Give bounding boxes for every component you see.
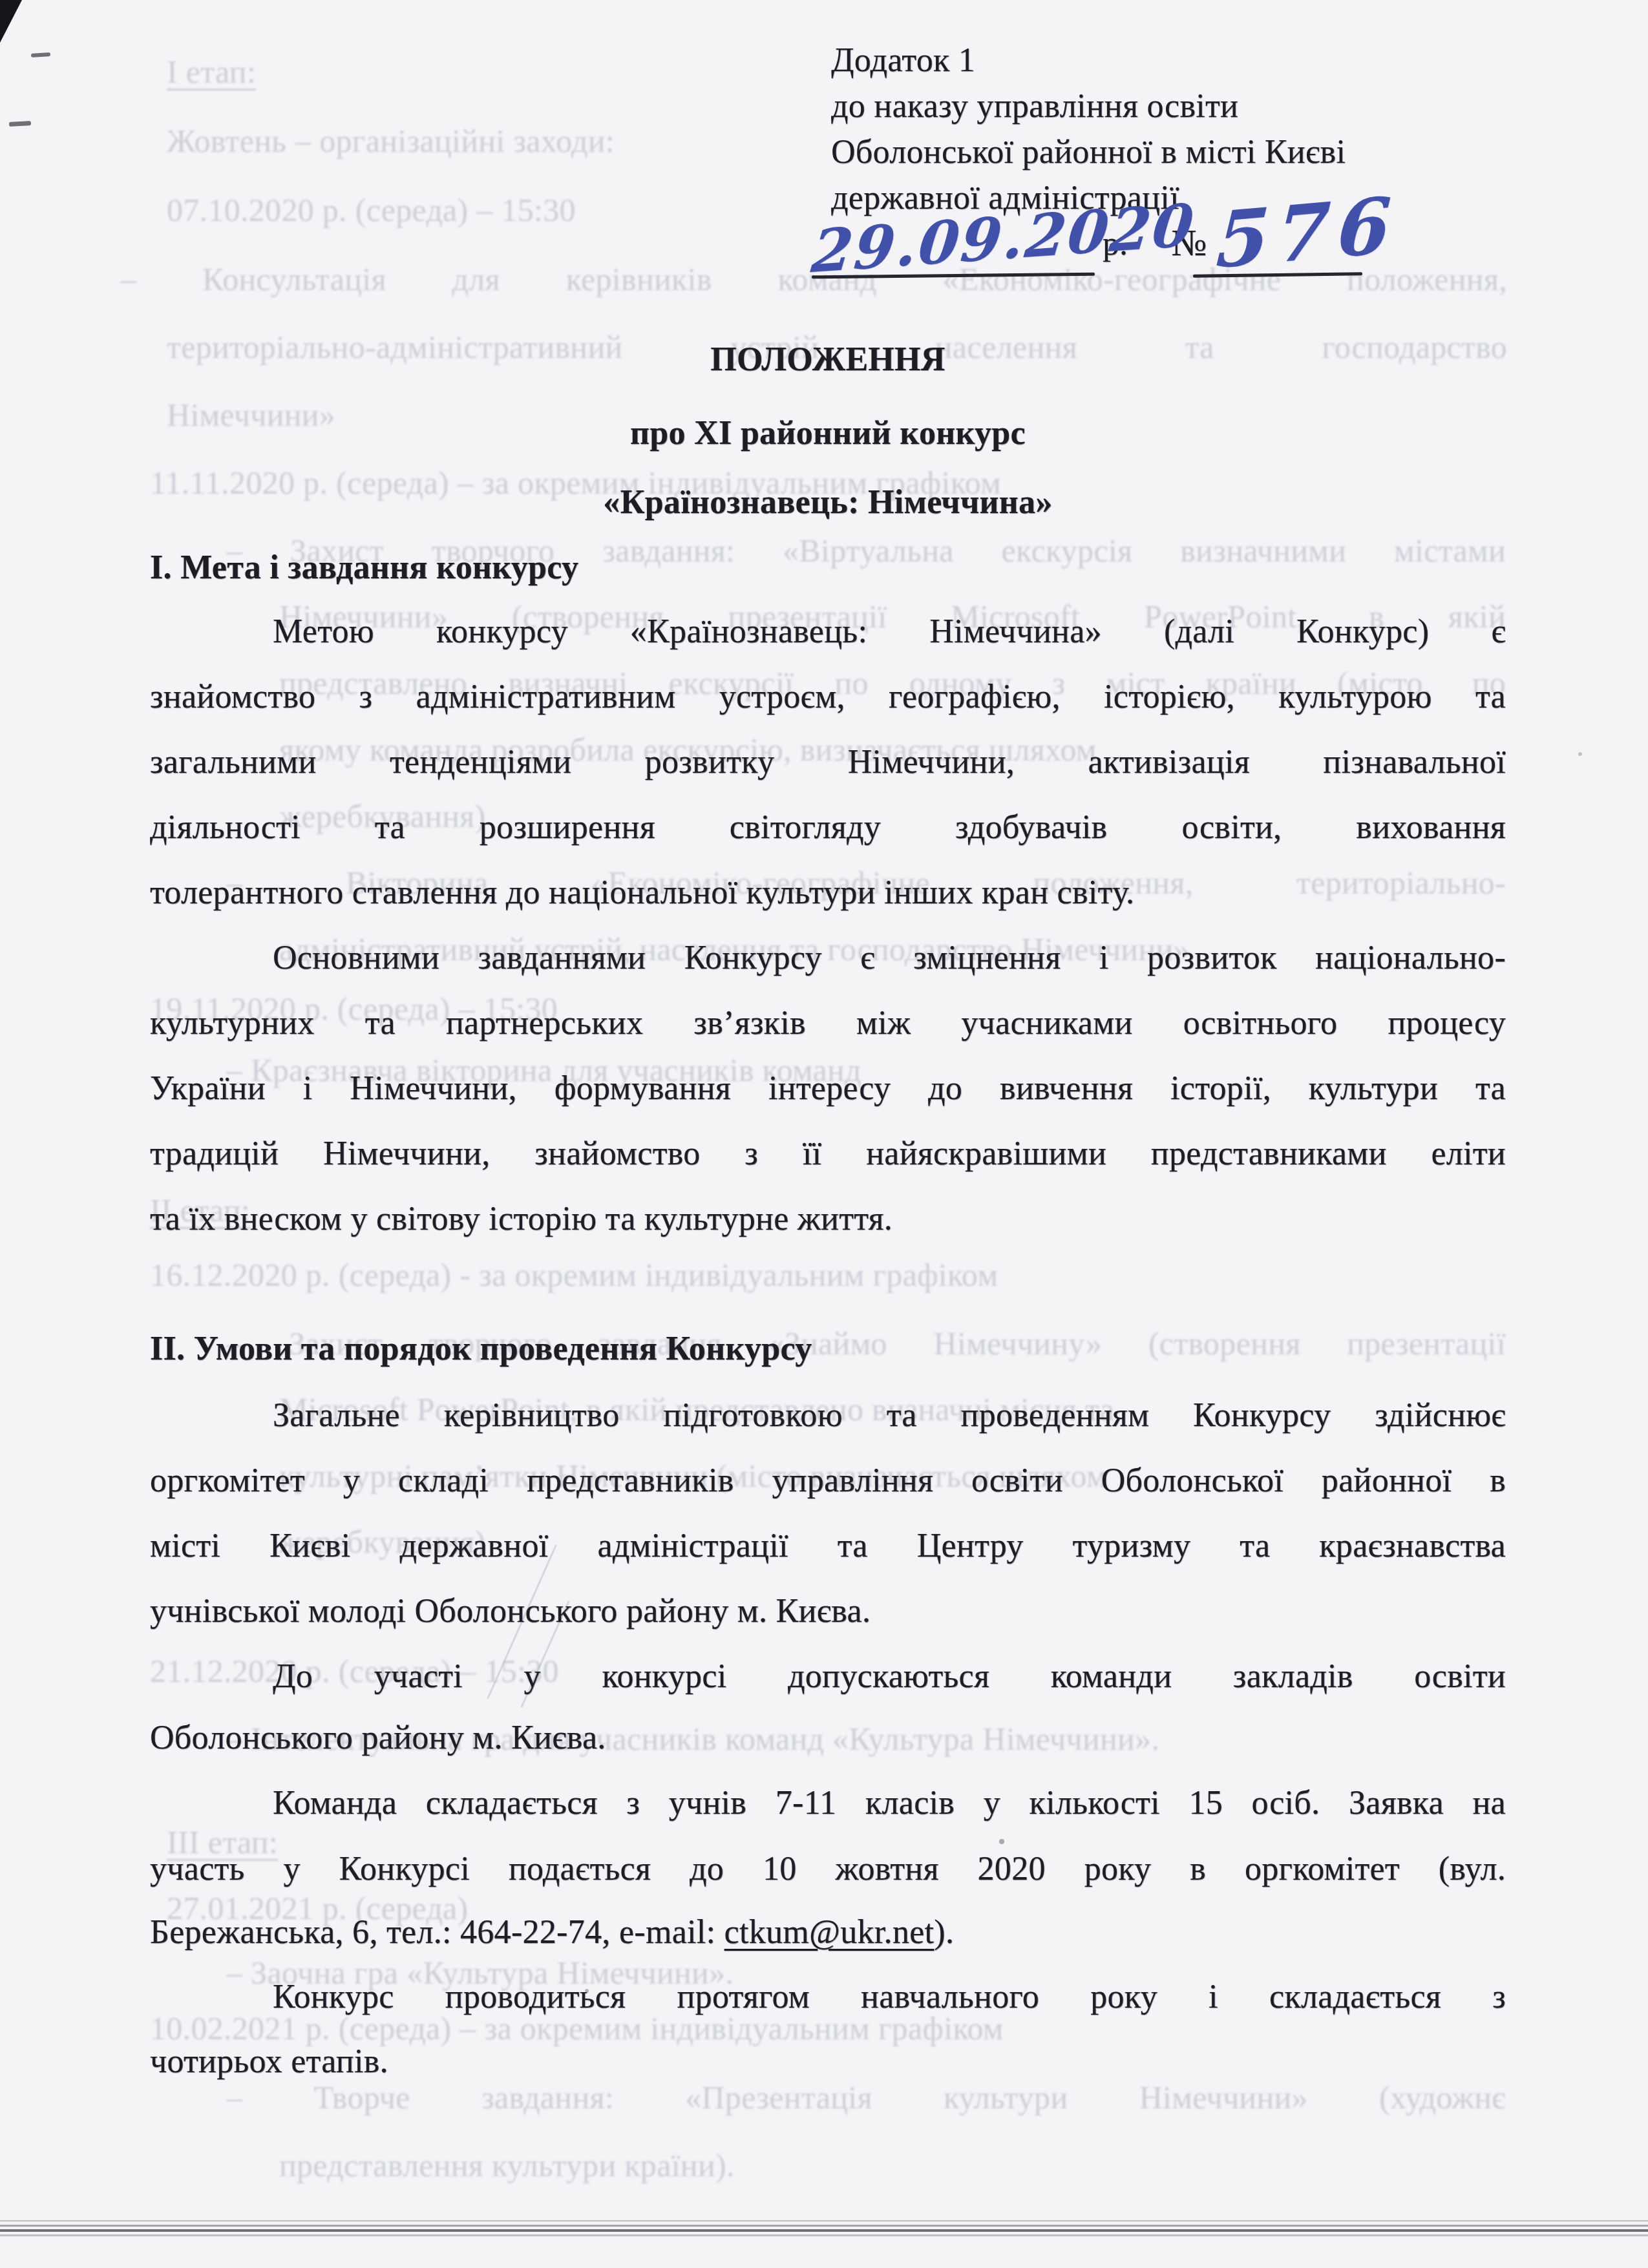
scanner-line	[0, 2234, 1648, 2236]
document-line: Загальне керівництво підготовкою та пров…	[150, 1389, 1506, 1446]
scanner-band	[0, 2219, 1648, 2268]
title-line: ПОЛОЖЕННЯ	[150, 333, 1506, 390]
scan-corner-artifact	[0, 0, 22, 43]
section-heading: ІІ. Умови та порядок проведення Конкурсу	[150, 1323, 1506, 1380]
scanned-page: Додаток 1 до наказу управління освіти Об…	[0, 0, 1648, 2268]
annex-line: Додаток 1	[831, 37, 1568, 83]
section-heading: І. Мета і завдання конкурсу	[150, 541, 1506, 598]
handwritten-number: 576	[1214, 179, 1401, 286]
document-line: знайомство з адміністративним устроєм, г…	[150, 671, 1506, 728]
annex-line: Оболонської районної в місті Києві	[831, 129, 1568, 175]
document-line: загальними тенденціями розвитку Німеччин…	[150, 736, 1506, 793]
document-line: місті Києві державної адміністрації та Ц…	[150, 1520, 1506, 1577]
document-line: діяльності та розширення світогляду здоб…	[150, 801, 1506, 858]
annex-line: до наказу управління освіти	[831, 83, 1568, 129]
document-line: культурних та партнерських зв’язків між …	[150, 997, 1506, 1054]
ghost-line: представлення культури країни).	[279, 2139, 1635, 2196]
document-line: традицій Німеччини, знайомство з її найя…	[150, 1128, 1506, 1184]
title-line: «Країнознавець: Німеччина»	[150, 476, 1506, 533]
scan-speck	[1578, 752, 1582, 756]
margin-mark	[31, 52, 50, 58]
document-line: чотирьох етапів.	[150, 2035, 1506, 2092]
document-line: Метою конкурсу «Країнознавець: Німеччина…	[150, 605, 1506, 662]
document-line: Команда складається з учнів 7-11 класів …	[150, 1777, 1506, 1834]
document-line: Бережанська, 6, тел.: 464-22-74, e-mail:…	[150, 1906, 1506, 1963]
document-line: участь у Конкурсі подається до 10 жовтня…	[150, 1843, 1506, 1900]
document-line: Оболонського району м. Києва.	[150, 1712, 1506, 1769]
margin-mark	[9, 121, 31, 127]
scanner-line	[0, 2220, 1648, 2221]
document-line: учнівської молоді Оболонського району м.…	[150, 1585, 1506, 1642]
title-line: про XI районний конкурс	[150, 407, 1506, 464]
document-line: толерантного ставлення до національної к…	[150, 866, 1506, 923]
ghost-line: 16.12.2020 р. (середа) - за окремим інди…	[150, 1248, 1506, 1305]
scanner-line	[0, 2225, 1648, 2227]
document-line: Конкурс проводиться протягом навчального…	[150, 1971, 1506, 2028]
document-line: Основними завданнями Конкурсу є зміцненн…	[150, 932, 1506, 989]
document-line: До участі у конкурсі допускаються команд…	[150, 1650, 1506, 1707]
document-line: оргкомітет у складі представників управл…	[150, 1454, 1506, 1511]
underlined-text: І етап:	[167, 54, 256, 90]
annex-block: Додаток 1 до наказу управління освіти Об…	[831, 37, 1568, 221]
document-line: України і Німеччини, формування інтересу…	[150, 1062, 1506, 1119]
document-line: та їх внеском у світову історію та культ…	[150, 1193, 1506, 1250]
email-text: ctkum@ukr.net	[724, 1914, 935, 1951]
scanner-line	[0, 2229, 1648, 2232]
